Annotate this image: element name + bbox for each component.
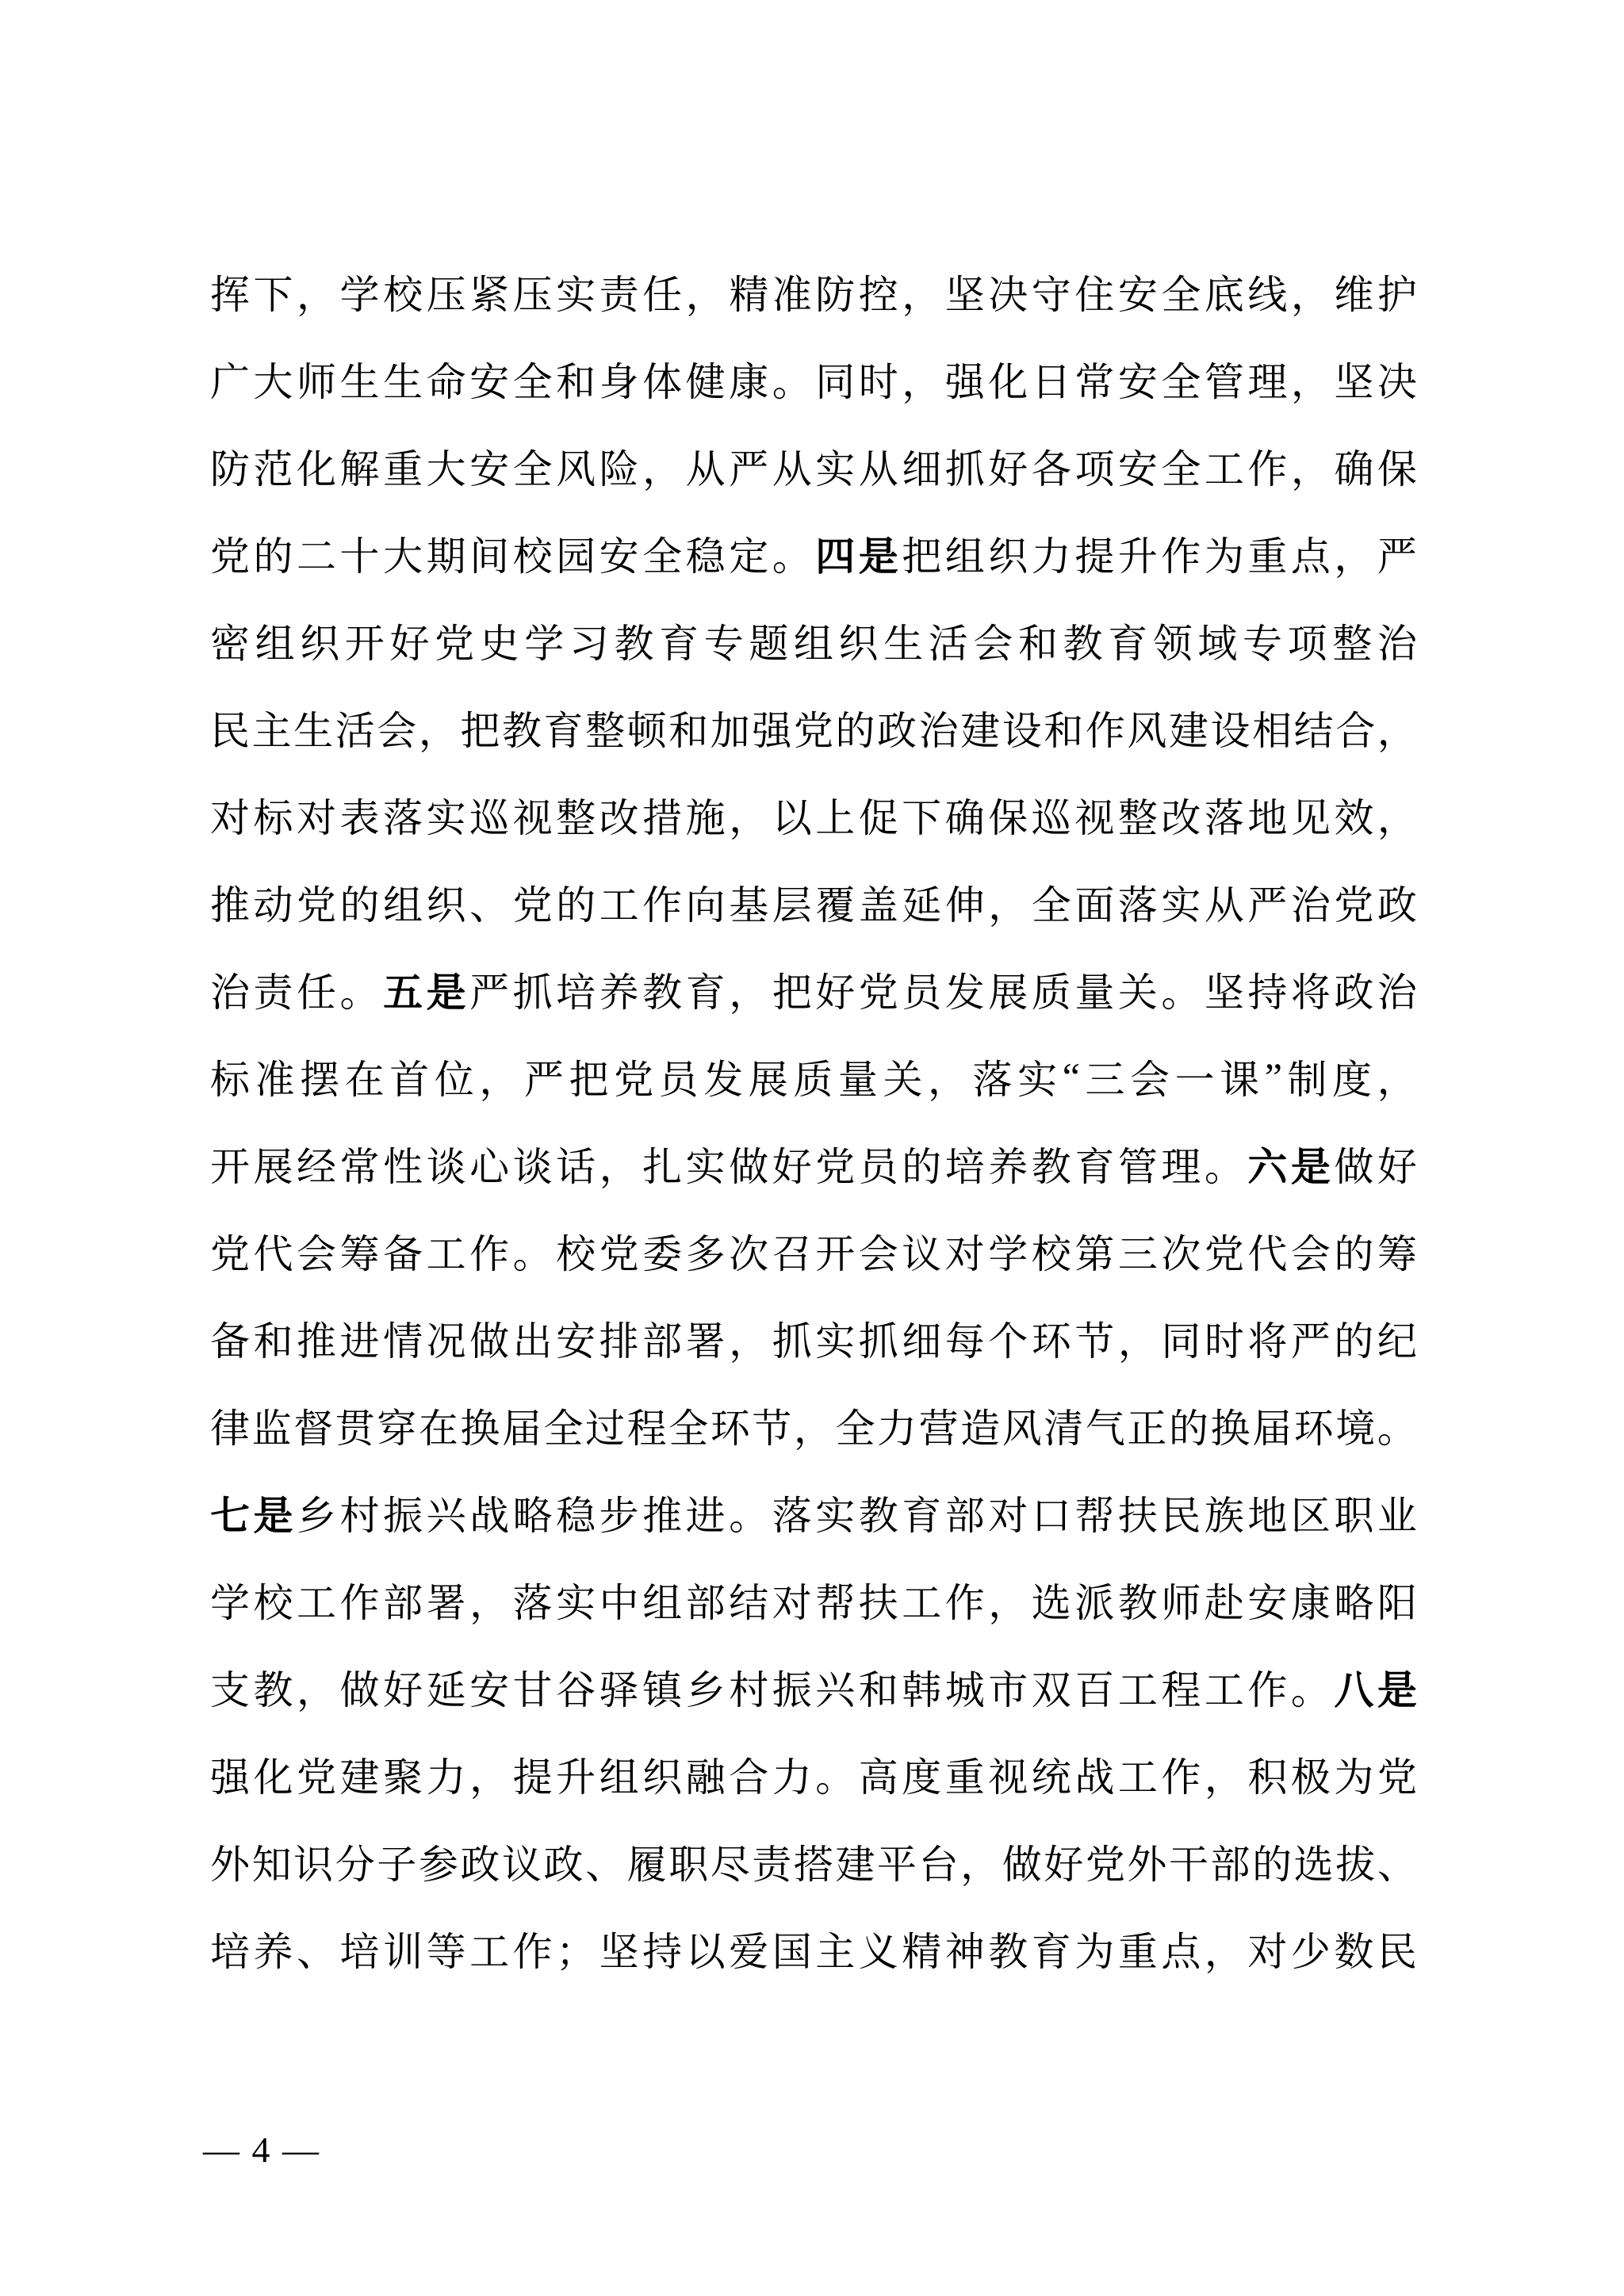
text-line-2: 广大师生生命安全和身体健康。同时，强化日常安全管理，坚决	[210, 335, 1417, 423]
text-line-7: 对标对表落实巡视整改措施，以上促下确保巡视整改落地见效，	[210, 771, 1417, 859]
text-line-5: 密组织开好党史学习教育专题组织生活会和教育领域专项整治	[210, 597, 1417, 684]
text-line-1: 挥下，学校压紧压实责任，精准防控，坚决守住安全底线，维护	[210, 248, 1417, 335]
text-line-14: 律监督贯穿在换届全过程全环节，全力营造风清气正的换届环境。	[210, 1382, 1417, 1469]
text-line-6: 民主生活会，把教育整顿和加强党的政治建设和作风建设相结合，	[210, 684, 1417, 771]
text-line-15: 七是乡村振兴战略稳步推进。落实教育部对口帮扶民族地区职业	[210, 1469, 1417, 1556]
text-line-3: 防范化解重大安全风险，从严从实从细抓好各项安全工作，确保	[210, 423, 1417, 510]
text-line-10: 标准摆在首位，严把党员发展质量关，落实“三会一课”制度，	[210, 1033, 1417, 1120]
text-line-8: 推动党的组织、党的工作向基层覆盖延伸，全面落实从严治党政	[210, 859, 1417, 946]
text-line-13: 备和推进情况做出安排部署，抓实抓细每个环节，同时将严的纪	[210, 1295, 1417, 1382]
document-body: 挥下，学校压紧压实责任，精准防控，坚决守住安全底线，维护广大师生生命安全和身体健…	[210, 248, 1417, 1992]
page-number: — 4 —	[203, 2130, 320, 2171]
text-line-4: 党的二十大期间校园安全稳定。四是把组织力提升作为重点，严	[210, 510, 1417, 597]
text-line-18: 强化党建聚力，提升组织融合力。高度重视统战工作，积极为党	[210, 1731, 1417, 1818]
document-page: 挥下，学校压紧压实责任，精准防控，坚决守住安全底线，维护广大师生生命安全和身体健…	[0, 0, 1624, 2296]
text-line-19: 外知识分子参政议政、履职尽责搭建平台，做好党外干部的选拔、	[210, 1818, 1417, 1905]
text-line-12: 党代会筹备工作。校党委多次召开会议对学校第三次党代会的筹	[210, 1207, 1417, 1295]
text-line-16: 学校工作部署，落实中组部结对帮扶工作，选派教师赴安康略阳	[210, 1556, 1417, 1644]
text-line-9: 治责任。五是严抓培养教育，把好党员发展质量关。坚持将政治	[210, 946, 1417, 1033]
text-line-17: 支教，做好延安甘谷驿镇乡村振兴和韩城市双百工程工作。八是	[210, 1644, 1417, 1731]
text-line-11: 开展经常性谈心谈话，扎实做好党员的培养教育管理。六是做好	[210, 1120, 1417, 1207]
text-line-20: 培养、培训等工作；坚持以爱国主义精神教育为重点，对少数民	[210, 1905, 1417, 1992]
